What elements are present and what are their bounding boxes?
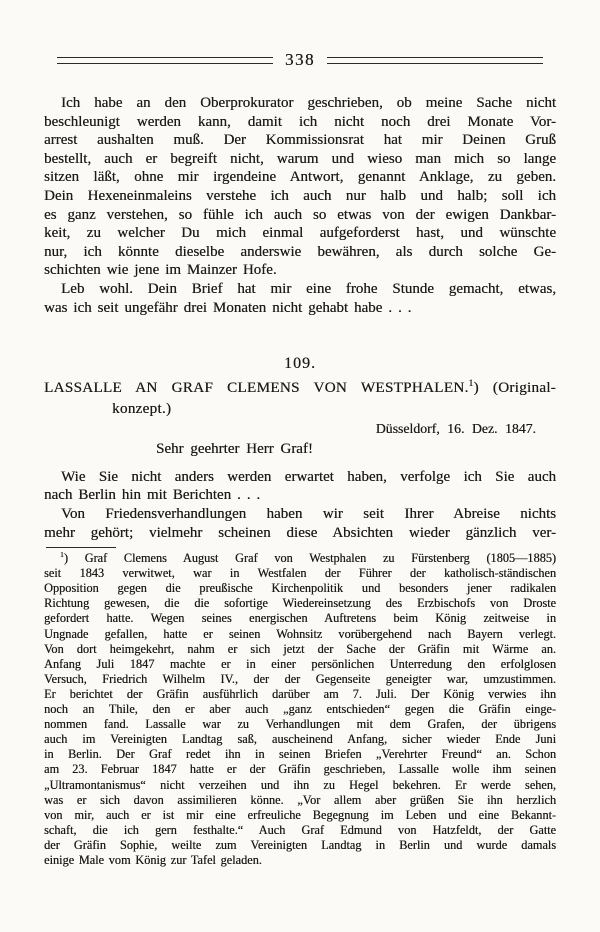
text-line: Anfang Juli 1847 machte er in einer pers… (44, 657, 556, 672)
text-line: Richtung gewesen, die die sofortige Wied… (44, 596, 556, 611)
footnote: 1) Graf Clemens August Graf von Westphal… (44, 551, 556, 868)
text-line: arrest aushalten muß. Der Kommissionsrat… (44, 131, 556, 150)
text-line: Ungnade gefallen, hatte er seinen Wohnsi… (44, 627, 556, 642)
footnote-line-1-text: ) Graf Clemens August Graf von Westphale… (64, 551, 556, 565)
text-line: in Berlin. Der Graf redet ihn in seinen … (44, 747, 556, 762)
text-block: Ich habe an den Oberprokurator geschrieb… (44, 94, 556, 868)
text-line: bestellt, auch er begreift nicht, warum … (44, 150, 556, 169)
text-line: auch im Vereinigten Landtag saß, auschei… (44, 732, 556, 747)
text-line: Versuch, Friedrich Wilhelm IV., der der … (44, 672, 556, 687)
text-line: gefordert hatte. Wegen seines energische… (44, 611, 556, 626)
text-line: seit 1843 verwitwet, war in Westfalen de… (44, 566, 556, 581)
text-line: von mir, auch er ist mir eine erfreulich… (44, 808, 556, 823)
text-line: nur, ich könnte dieselbe anderswie bewäh… (44, 243, 556, 262)
footnote-text: seit 1843 verwitwet, war in Westfalen de… (44, 566, 556, 868)
text-line: sitzen läßt, ohne mir irgendeine Antwort… (44, 168, 556, 187)
text-line: beschleunigt werden kann, damit ich nich… (44, 113, 556, 132)
text-line: Wie Sie nicht anders werden erwartet hab… (44, 468, 556, 487)
page-number: 338 (282, 52, 318, 68)
text-line: „Ultramontanismus“ nicht verzeihen und i… (44, 778, 556, 793)
letter-108-paragraph-1: Ich habe an den Oberprokurator geschrieb… (44, 94, 556, 280)
text-line: Er berichtet der Gräfin ausführlich darü… (44, 687, 556, 702)
text-line: schaft, die ich gern festhalte.“ Auch Gr… (44, 823, 556, 838)
book-page: 338 Ich habe an den Oberprokurator gesch… (0, 0, 600, 932)
text-line: Leb wohl. Dein Brief hat mir eine frohe … (44, 280, 556, 299)
footnote-line-1: 1) Graf Clemens August Graf von Westphal… (44, 551, 556, 566)
footnote-separator (46, 547, 116, 548)
text-line: Dein Hexeneinmaleins verstehe ich auch n… (44, 187, 556, 206)
letter-number: 109. (44, 354, 556, 373)
text-line: schichten wie jene im Mainzer Hofe. (44, 261, 556, 280)
headline-main: LASSALLE AN GRAF CLEMENS VON WESTPHALEN. (44, 379, 469, 396)
text-line: einige Male vom König zur Tafel geladen. (44, 853, 556, 868)
header-rule-right (327, 57, 543, 64)
salutation: Sehr geehrter Herr Graf! (44, 440, 556, 459)
headline-line-2: konzept.) (44, 398, 556, 419)
letter-108-paragraph-2: Leb wohl. Dein Brief hat mir eine frohe … (44, 280, 556, 317)
headline-line-1: LASSALLE AN GRAF CLEMENS VON WESTPHALEN.… (44, 377, 556, 398)
letter-109-paragraph-2: Von Friedensverhandlungen haben wir seit… (44, 505, 556, 542)
text-line: Von Friedensverhandlungen haben wir seit… (44, 505, 556, 524)
text-line: noch an Thile, den er aber auch „ganz en… (44, 702, 556, 717)
text-line: Ich habe an den Oberprokurator geschrieb… (44, 94, 556, 113)
text-line: am 23. Februar 1847 hatte er der Gräfin … (44, 762, 556, 777)
dateline: Düsseldorf, 16. Dez. 1847. (44, 421, 556, 437)
headline-rest: ) (Original- (473, 379, 556, 396)
letter-109-paragraph-1: Wie Sie nicht anders werden erwartet hab… (44, 468, 556, 505)
text-line: was ich seit ungefähr drei Monaten nicht… (44, 299, 556, 318)
text-line: es ganz verstehen, so fühle ich auch so … (44, 206, 556, 225)
letter-headline: LASSALLE AN GRAF CLEMENS VON WESTPHALEN.… (44, 377, 556, 419)
text-line: keit, zu welcher Du mich einmal aufgefor… (44, 224, 556, 243)
text-line: nommen fand. Lassalle war zu Verhandlung… (44, 717, 556, 732)
text-line: mehr gehört; vielmehr scheinen diese Abs… (44, 524, 556, 543)
text-line: der Gräfin Sophie, weilte zum Vereinigte… (44, 838, 556, 853)
header-rule-left (57, 57, 273, 64)
text-line: nach Berlin hin mit Berichten . . . (44, 486, 556, 505)
text-line: Von dort heimgekehrt, nahm er sich jetzt… (44, 642, 556, 657)
running-header: 338 (57, 52, 543, 68)
text-line: Opposition gegen die preußische Kirchenp… (44, 581, 556, 596)
text-line: was er sich davon assimilieren könne. „V… (44, 793, 556, 808)
